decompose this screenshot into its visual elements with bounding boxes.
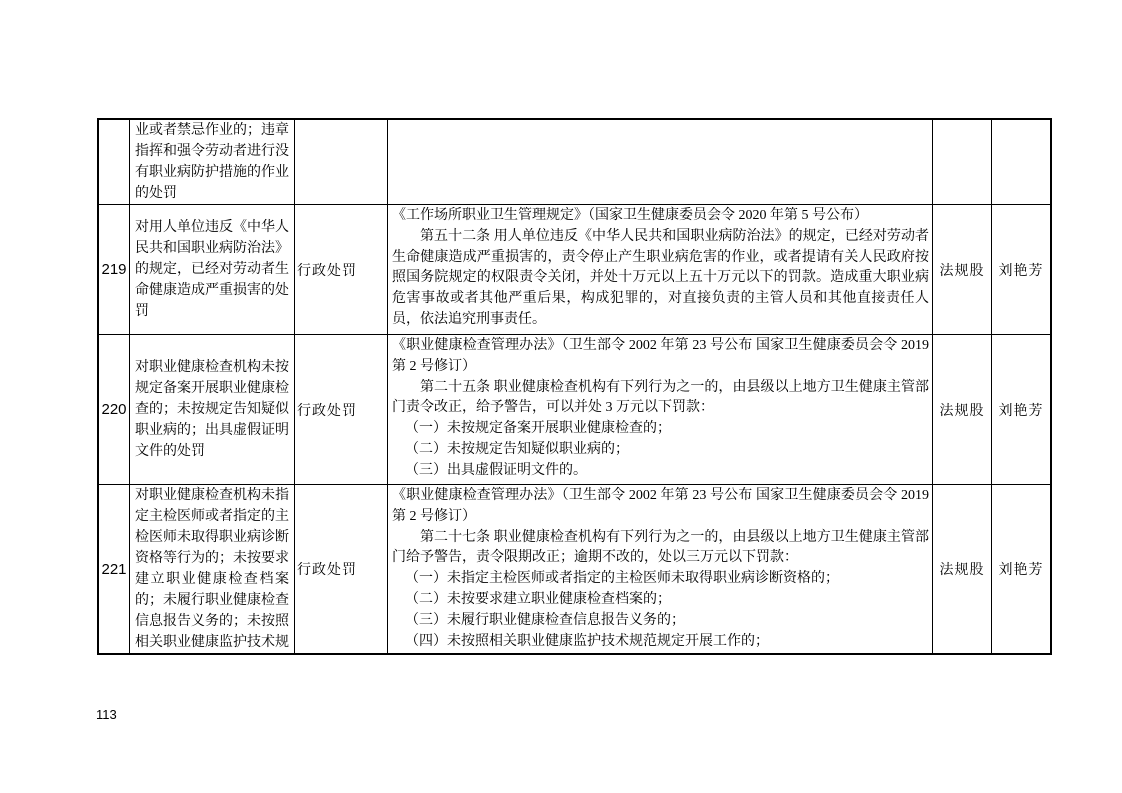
legal-basis-paragraph: 第五十二条 用人单位违反《中华人民共和国职业病防治法》的规定，已经对劳动者生命健… [392,227,929,331]
row-number-cell: 220 [99,335,130,484]
legal-basis-cell: 《职业健康检查管理办法》（卫生部令 2002 年第 23 号公布 国家卫生健康委… [388,485,933,653]
legal-basis-cell: 《工作场所职业卫生管理规定》（国家卫生健康委员会令 2020 年第 5 号公布）… [388,205,933,334]
legal-basis-paragraph: （四）未按照相关职业健康监护技术规范规定开展工作的； [392,632,929,653]
department-cell: 法规股 [933,485,992,653]
item-description-text: 对职业健康检查机构未指定主检医师或者指定的主检医师未取得职业病诊断资格等行为的；… [135,485,289,653]
legal-basis-paragraph: 《工作场所职业卫生管理规定》（国家卫生健康委员会令 2020 年第 5 号公布） [392,206,929,227]
department-cell: 法规股 [933,335,992,484]
row-number-cell: 219 [99,205,130,334]
row-number-cell: 221 [99,485,130,653]
row-number-cell [99,120,130,204]
legal-basis-paragraph: 第二十七条 职业健康检查机构有下列行为之一的，由县级以上地方卫生健康主管部门给予… [392,528,929,570]
item-description-cell: 对职业健康检查机构未按规定备案开展职业健康检查的；未按规定告知疑似职业病的；出具… [130,335,295,484]
item-description-cell: 业或者禁忌作业的；违章指挥和强令劳动者进行没有职业病防护措施的作业的处罚 [130,120,295,204]
legal-basis-paragraph: （三）未履行职业健康检查信息报告义务的； [392,611,929,632]
item-description-cell: 对职业健康检查机构未指定主检医师或者指定的主检医师未取得职业病诊断资格等行为的；… [130,485,295,653]
legal-basis-paragraph: 《职业健康检查管理办法》（卫生部令 2002 年第 23 号公布 国家卫生健康委… [392,336,929,378]
legal-basis-paragraph: （一）未按规定备案开展职业健康检查的； [392,419,929,440]
legal-basis-paragraph: （一）未指定主检医师或者指定的主检医师未取得职业病诊断资格的； [392,569,929,590]
legal-basis-paragraph: 第二十五条 职业健康检查机构有下列行为之一的，由县级以上地方卫生健康主管部门责令… [392,378,929,420]
table-row: 219对用人单位违反《中华人民共和国职业病防治法》的规定，已经对劳动者生命健康造… [99,205,1050,335]
penalty-items-table: 业或者禁忌作业的；违章指挥和强令劳动者进行没有职业病防护措施的作业的处罚219对… [97,118,1052,655]
item-description-cell: 对用人单位违反《中华人民共和国职业病防治法》的规定，已经对劳动者生命健康造成严重… [130,205,295,334]
person-cell: 刘艳芳 [992,205,1050,334]
legal-basis-paragraph: 《职业健康检查管理办法》（卫生部令 2002 年第 23 号公布 国家卫生健康委… [392,486,929,528]
penalty-type-cell [295,120,388,204]
table-row: 业或者禁忌作业的；违章指挥和强令劳动者进行没有职业病防护措施的作业的处罚 [99,120,1050,205]
person-cell [992,120,1050,204]
penalty-type-cell: 行政处罚 [295,205,388,334]
department-cell [933,120,992,204]
penalty-type-cell: 行政处罚 [295,335,388,484]
person-cell: 刘艳芳 [992,335,1050,484]
penalty-type-cell: 行政处罚 [295,485,388,653]
document-page: 业或者禁忌作业的；违章指挥和强令劳动者进行没有职业病防护措施的作业的处罚219对… [0,0,1122,793]
item-description-text: 对用人单位违反《中华人民共和国职业病防治法》的规定，已经对劳动者生命健康造成严重… [135,217,289,322]
person-cell: 刘艳芳 [992,485,1050,653]
page-number: 113 [96,707,117,722]
item-description-text: 对职业健康检查机构未按规定备案开展职业健康检查的；未按规定告知疑似职业病的；出具… [135,357,289,462]
department-cell: 法规股 [933,205,992,334]
legal-basis-paragraph: （二）未按规定告知疑似职业病的； [392,440,929,461]
table-row: 220对职业健康检查机构未按规定备案开展职业健康检查的；未按规定告知疑似职业病的… [99,335,1050,485]
item-description-text: 业或者禁忌作业的；违章指挥和强令劳动者进行没有职业病防护措施的作业的处罚 [135,120,289,204]
legal-basis-paragraph: （三）出具虚假证明文件的。 [392,461,929,482]
legal-basis-paragraph: （二）未按要求建立职业健康检查档案的； [392,590,929,611]
legal-basis-cell: 《职业健康检查管理办法》（卫生部令 2002 年第 23 号公布 国家卫生健康委… [388,335,933,484]
table-row: 221对职业健康检查机构未指定主检医师或者指定的主检医师未取得职业病诊断资格等行… [99,485,1050,653]
legal-basis-cell [388,120,933,204]
